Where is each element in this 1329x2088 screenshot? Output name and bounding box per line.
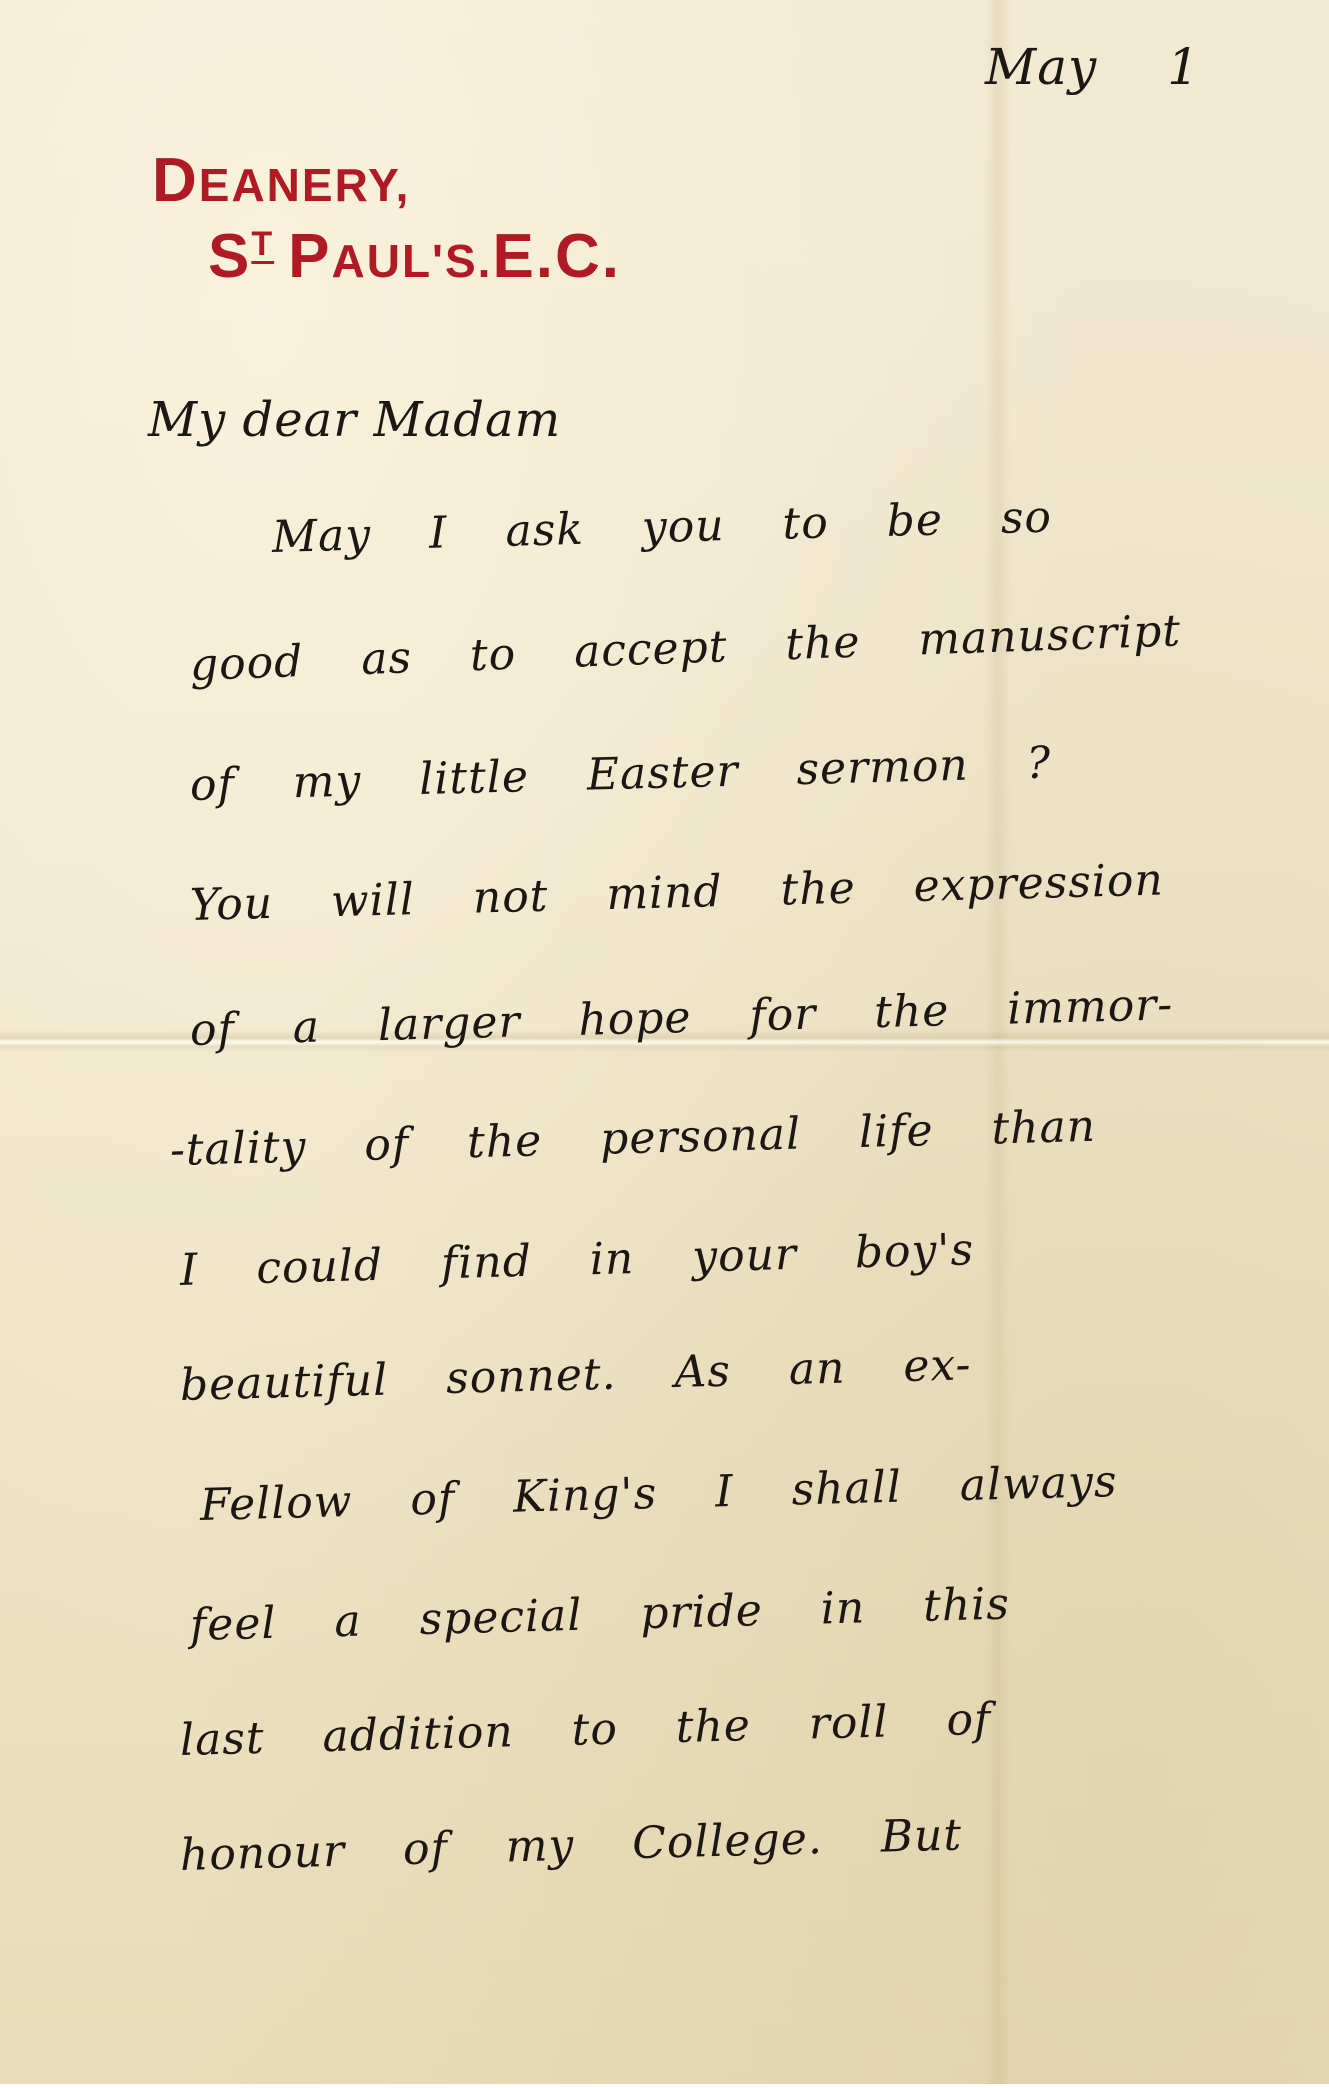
body-word: -tality — [169, 1121, 307, 1176]
body-word: King's — [512, 1468, 657, 1523]
body-word: accept — [573, 621, 728, 677]
body-word: your — [692, 1229, 798, 1283]
body-word: as — [360, 632, 413, 685]
body-word: could — [256, 1240, 384, 1294]
date-month: May — [985, 38, 1097, 96]
body-word: good — [189, 636, 304, 691]
body-word: for — [749, 989, 817, 1042]
body-word: You — [189, 878, 273, 931]
body-word: beautiful — [179, 1355, 388, 1411]
body-word: in — [820, 1582, 866, 1634]
body-word: my — [505, 1820, 575, 1873]
body-word: boy's — [854, 1224, 974, 1278]
letterhead-initial-d: D — [152, 146, 199, 215]
body-word: mind — [606, 866, 724, 920]
body-word: hope — [578, 992, 692, 1046]
date-day: 1 — [1167, 38, 1200, 96]
letter-page: DEANERY, STPAUL'S.E.C. May1 My dear Mada… — [0, 0, 1329, 2088]
body-word: expression — [913, 855, 1164, 913]
body-line: Icouldfindinyourboy's — [179, 1223, 1032, 1296]
body-word: a — [334, 1596, 363, 1648]
body-word: last — [179, 1713, 265, 1766]
body-word: May — [271, 509, 371, 563]
page-edge — [0, 2084, 1329, 2088]
body-line: goodastoacceptthemanuscript — [189, 603, 1240, 691]
body-word: the — [784, 617, 861, 671]
body-word: my — [292, 756, 362, 809]
body-word: will — [330, 874, 415, 927]
body-word: the — [466, 1115, 542, 1168]
letterhead-text-auls: AUL'S. — [332, 235, 493, 287]
body-word: the — [675, 1700, 751, 1753]
body-word: ex- — [903, 1339, 972, 1392]
body-line: lastadditiontotherollof — [179, 1692, 1050, 1766]
body-word: I — [428, 507, 448, 558]
body-word: so — [1000, 492, 1052, 544]
body-word: of — [189, 759, 235, 811]
body-line: ofmylittleEastersermon? — [189, 736, 1110, 811]
body-word: ? — [1026, 737, 1052, 789]
body-word: As — [674, 1346, 732, 1398]
body-word: the — [874, 985, 950, 1038]
body-word: to — [571, 1704, 618, 1756]
body-word: of — [402, 1823, 448, 1875]
body-word: of — [946, 1694, 992, 1746]
body-word: to — [469, 629, 517, 682]
body-word: Fellow — [199, 1476, 353, 1531]
body-word: little — [419, 751, 530, 805]
body-word: be — [886, 494, 944, 546]
salutation: My dear Madam — [148, 392, 561, 448]
body-word: you — [641, 500, 725, 553]
letterhead-line-st-pauls: STPAUL'S.E.C. — [208, 226, 621, 288]
letterhead-text-ec: E.C. — [492, 222, 621, 291]
body-word: of — [364, 1119, 410, 1171]
body-word: addition — [322, 1706, 514, 1762]
body-word: sonnet. — [445, 1349, 617, 1404]
body-word: of — [410, 1473, 456, 1525]
body-word: in — [589, 1233, 635, 1285]
body-word: an — [788, 1343, 846, 1395]
body-word: pride — [640, 1585, 764, 1639]
letterhead-superscript-t: T — [251, 225, 274, 263]
body-word: I — [179, 1245, 199, 1296]
body-word: honour — [179, 1826, 345, 1881]
body-word: manuscript — [917, 605, 1181, 665]
body-line: FellowofKing'sIshallalways — [199, 1454, 1176, 1531]
body-word: special — [419, 1590, 583, 1645]
body-word: not — [472, 871, 549, 924]
letterhead-initial-s: S — [208, 222, 251, 291]
body-word: sermon — [796, 740, 969, 795]
body-word: life — [858, 1105, 934, 1158]
letterhead-initial-p: P — [288, 222, 331, 291]
body-word: roll — [808, 1696, 889, 1749]
body-word: But — [880, 1810, 963, 1863]
body-word: immor- — [1007, 979, 1174, 1034]
body-word: a — [292, 1002, 321, 1054]
body-word: always — [959, 1456, 1118, 1511]
body-word: this — [922, 1579, 1010, 1632]
letterhead-text-eanery: EANERY, — [199, 159, 411, 211]
letterhead-line-deanery: DEANERY, — [152, 150, 621, 212]
body-word: find — [440, 1236, 532, 1289]
body-word: I — [715, 1466, 735, 1517]
body-word: larger — [377, 996, 521, 1051]
body-word: College. — [632, 1813, 824, 1869]
letterhead: DEANERY, STPAUL'S.E.C. — [152, 150, 621, 288]
body-line: beautifulsonnet.Asanex- — [179, 1338, 1030, 1411]
body-word: than — [991, 1101, 1097, 1155]
body-line: honourofmyCollege.But — [179, 1808, 1020, 1881]
body-word: the — [780, 863, 856, 916]
body-word: shall — [791, 1462, 903, 1516]
letter-date: May1 — [985, 38, 1270, 96]
body-word: to — [782, 497, 829, 549]
body-word: personal — [599, 1108, 801, 1164]
body-line: Youwillnotmindtheexpression — [189, 853, 1222, 931]
body-word: Easter — [586, 746, 739, 801]
body-line: feelaspecialprideinthis — [189, 1577, 1068, 1651]
body-word: of — [189, 1004, 235, 1056]
body-word: feel — [189, 1598, 277, 1651]
body-word: ask — [505, 504, 585, 557]
